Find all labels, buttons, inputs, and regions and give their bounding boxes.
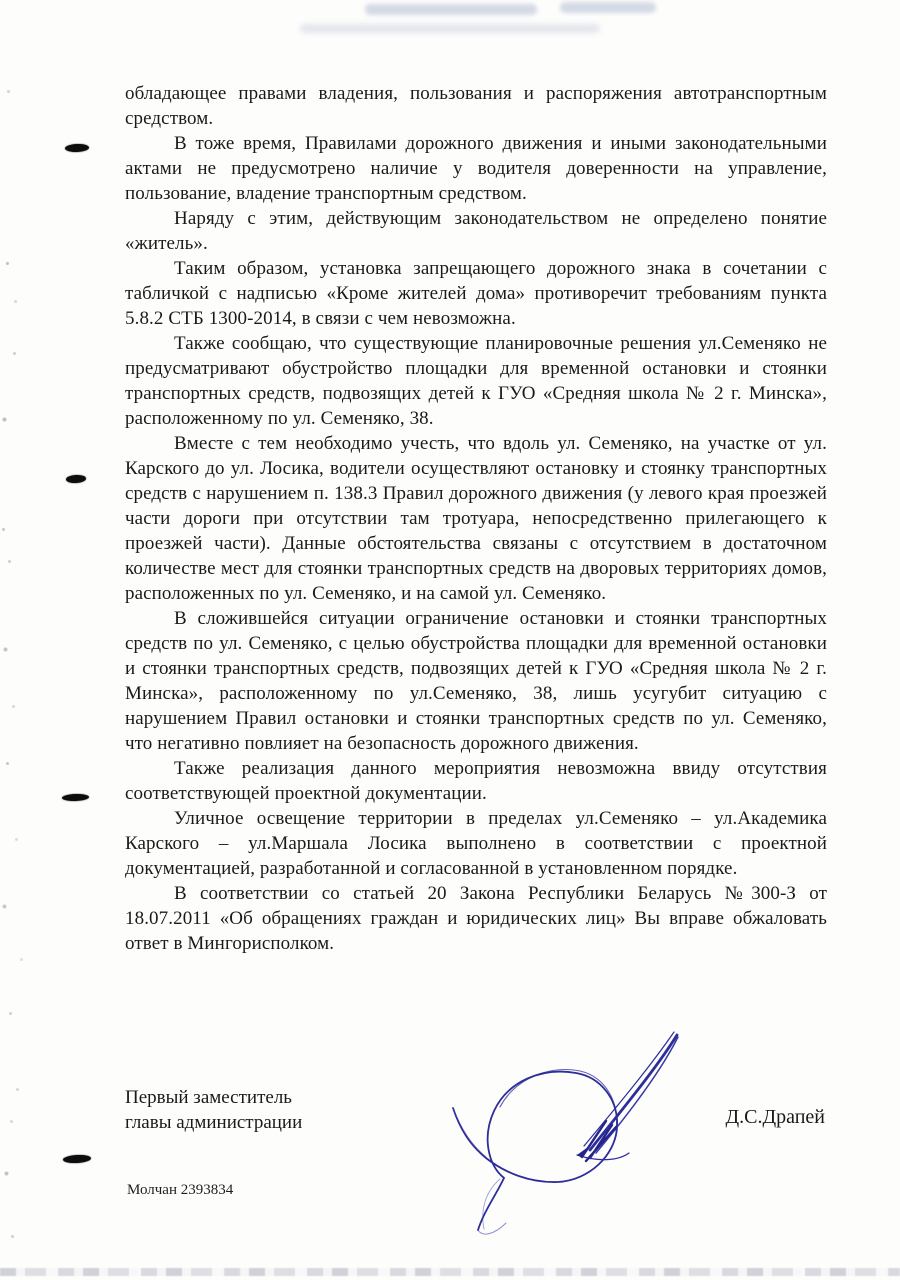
bleed-through-artifact xyxy=(300,24,600,33)
scan-mark xyxy=(62,794,89,802)
handwritten-signature xyxy=(430,1015,700,1250)
scan-edge-artifact xyxy=(0,1268,900,1276)
scan-mark xyxy=(66,474,86,483)
paragraph: Уличное освещение территории в пределах … xyxy=(125,806,827,881)
paragraph: Также сообщаю, что существующие планиров… xyxy=(125,331,827,431)
paragraph: Наряду с этим, действующим законодательс… xyxy=(125,206,827,256)
paragraph: Вместе с тем необходимо учесть, что вдол… xyxy=(125,431,827,606)
document-page: обладающее правами владения, пользования… xyxy=(0,0,900,1280)
scan-noise-left xyxy=(0,0,3,3)
signer-name: Д.С.Драпей xyxy=(725,1105,825,1130)
bleed-through-artifact xyxy=(365,4,537,15)
executor-note: Молчан 2393834 xyxy=(127,1182,233,1199)
paragraph: Также реализация данного мероприятия нев… xyxy=(125,756,827,806)
paragraph: Таким образом, установка запрещающего до… xyxy=(125,256,827,331)
scan-mark xyxy=(65,144,89,153)
letter-body: обладающее правами владения, пользования… xyxy=(125,81,827,956)
scan-mark xyxy=(63,1154,91,1163)
paragraph: обладающее правами владения, пользования… xyxy=(125,81,827,131)
paragraph: В сложившейся ситуации ограничение остан… xyxy=(125,606,827,756)
paragraph: В тоже время, Правилами дорожного движен… xyxy=(125,131,827,206)
bleed-through-artifact xyxy=(560,2,656,13)
paragraph: В соответствии со статьей 20 Закона Респ… xyxy=(125,881,827,956)
